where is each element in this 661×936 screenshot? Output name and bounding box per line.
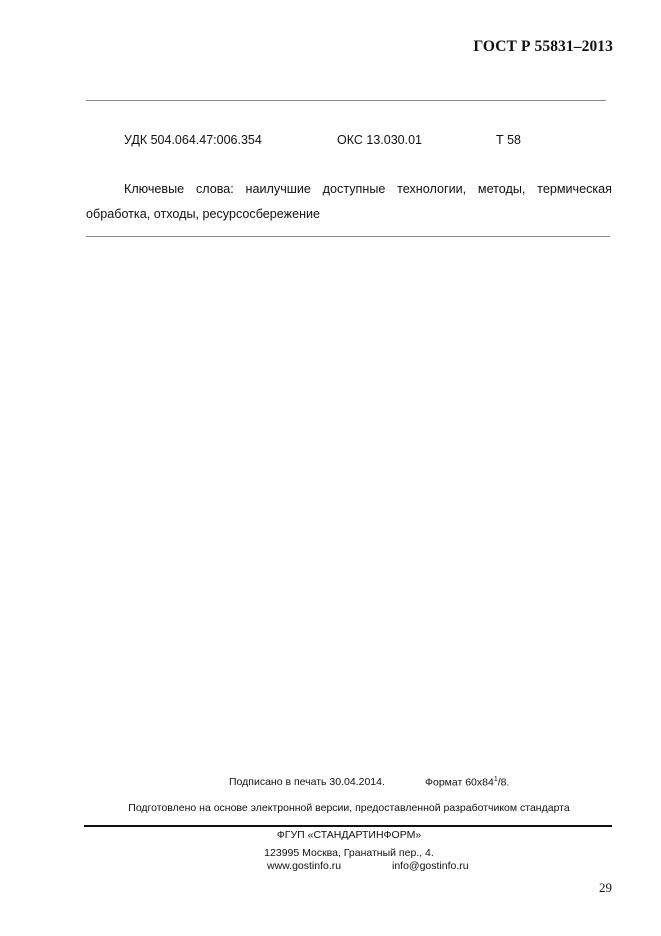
standard-id-header: ГОСТ Р 55831–2013 (473, 38, 613, 56)
oks-code: ОКС 13.030.01 (337, 133, 422, 147)
publisher-address: 123995 Москва, Гранатный пер., 4. (86, 847, 612, 859)
format-prefix: Формат 60х84 (425, 777, 494, 789)
format-suffix: /8. (498, 777, 510, 789)
prepared-note: Подготовлено на основе электронной верси… (86, 802, 612, 814)
top-divider (86, 100, 606, 101)
t-code: Т 58 (496, 133, 521, 147)
udk-code: УДК 504.064.47:006.354 (124, 133, 262, 147)
print-format: Формат 60х841/8. (425, 776, 509, 789)
publisher-email[interactable]: info@gostinfo.ru (392, 860, 469, 872)
signed-to-print: Подписано в печать 30.04.2014. (229, 776, 385, 788)
keywords-paragraph: Ключевые слова: наилучшие доступные техн… (86, 177, 612, 227)
publisher-website[interactable]: www.gostinfo.ru (267, 860, 341, 872)
keywords-line-1: Ключевые слова: наилучшие доступные техн… (86, 177, 612, 202)
publisher-name: ФГУП «СТАНДАРТИНФОРМ» (86, 829, 612, 841)
page-number: 29 (599, 880, 612, 896)
keywords-line-2: обработка, отходы, ресурсосбережение (86, 202, 612, 227)
imprint-divider (84, 825, 612, 827)
keywords-divider (86, 236, 610, 237)
